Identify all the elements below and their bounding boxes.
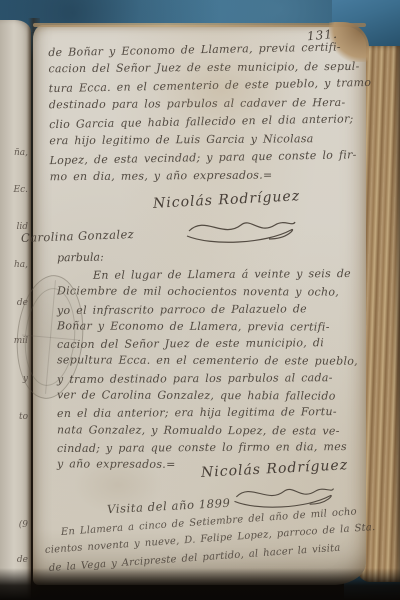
photo-bottom-shadow (0, 568, 400, 600)
visita-heading: Visita del año 1899 (107, 496, 231, 516)
page-top-deckle-edge (33, 23, 366, 27)
entry-line: en el dia anterior; era hija legitima de… (57, 403, 358, 422)
entry-line: mo en dia, mes, y año expresados.= (50, 166, 373, 187)
signature-rubric-flourish (229, 480, 339, 510)
entry-line: nata Gonzalez, y Romualdo Lopez, de esta… (57, 421, 358, 440)
entry-line: Diciembre de mil ochocientos noventa y o… (57, 283, 358, 302)
entry-line: cindad; y para que conste lo firmo en di… (57, 438, 358, 457)
left-page-text-fragment: Ec. (2, 185, 28, 195)
manuscript-photo: ña, Ec. lid ha, de mil y to (9 de 131. d… (0, 0, 400, 600)
burial-entry-heraclio-garcia: de Boñar y Economo de Llamera, previa ce… (48, 39, 372, 187)
entry-line: yo el infrascrito parroco de Palazuelo d… (57, 300, 358, 319)
left-page-text-fragment: ña, (2, 148, 28, 158)
burial-entry-carolina-gonzalez: En el lugar de Llamera á veinte y seis d… (57, 266, 358, 474)
signature-rubric-flourish (181, 213, 301, 245)
left-page-text-fragment: de (2, 555, 28, 565)
entry-line: Boñar y Economo de Llamera, previa certi… (57, 317, 358, 336)
left-page-text-fragment: ha, (2, 260, 28, 270)
margin-heading-role: parbula: (57, 251, 104, 265)
entry-line: sepultura Ecca. en el cementerio de este… (57, 352, 358, 371)
entry-line: En el lugar de Llamera á veinte y seis d… (57, 265, 358, 284)
entry-line: ver de Carolina Gonzalez, que habia fall… (57, 386, 358, 405)
left-page-text-fragment: (9 (2, 520, 28, 530)
margin-heading-name: Carolina Gonzalez (21, 227, 135, 245)
left-page-text-fragment: to (2, 412, 28, 422)
priest-signature: Nicolás Rodríguez (153, 188, 301, 212)
entry-line: y tramo destinado para los parbulos al c… (57, 369, 358, 388)
manuscript-page: 131. de Boñar y Economo de Llamera, prev… (33, 25, 366, 585)
